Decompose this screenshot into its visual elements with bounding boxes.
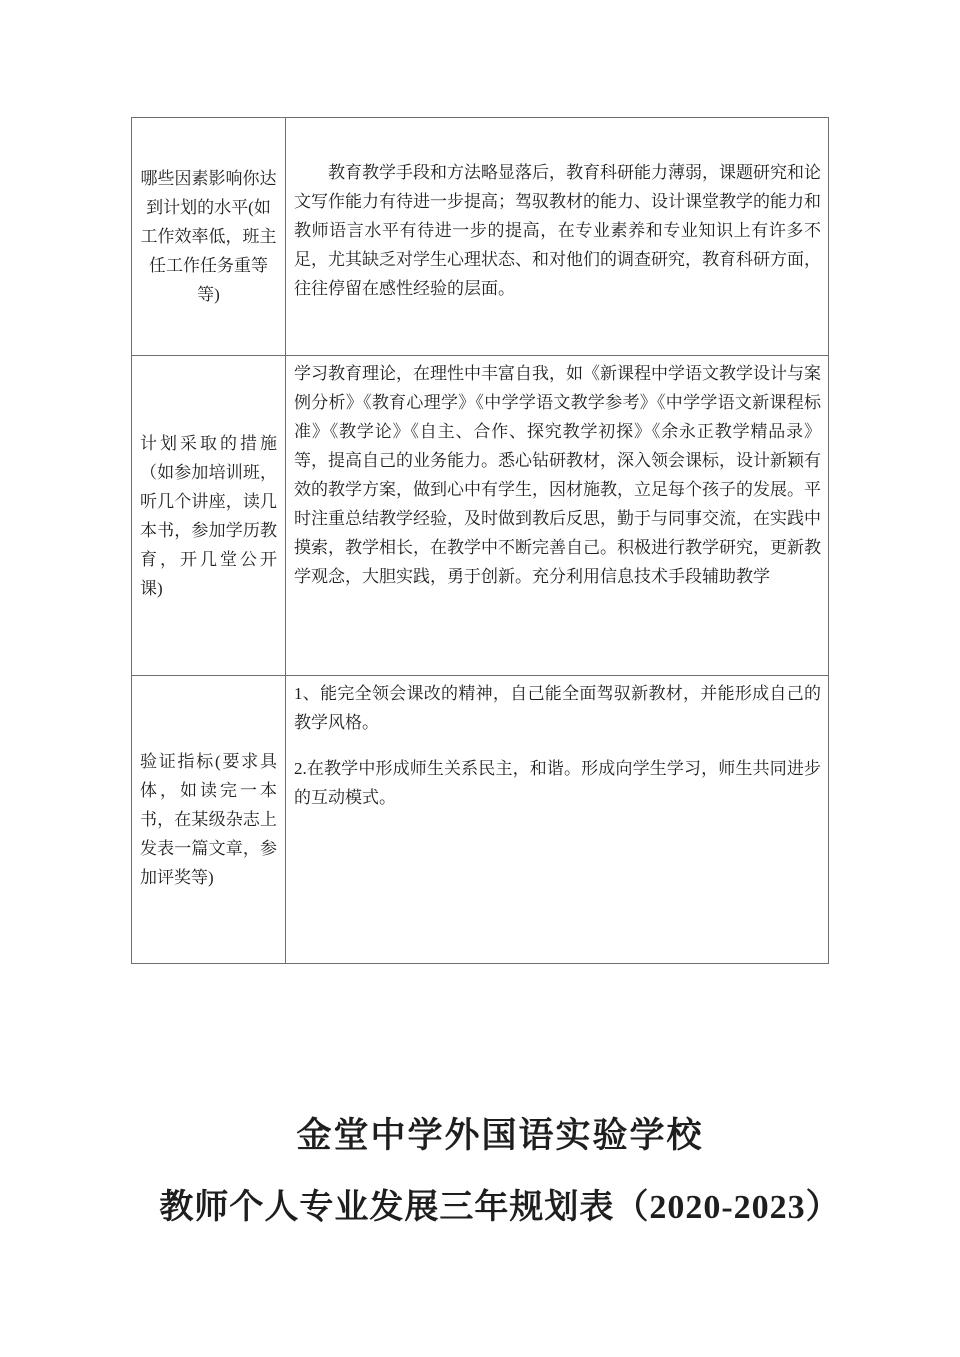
verification-indicator-item-2: 2.在教学中形成师生关系民主，和谐。形成向学生学习，师生共同进步的互动模式。 [294,754,821,812]
table-row-influencing-factors: 哪些因素影响你达到计划的水平(如工作效率低，班主任工作任务重等等) 教育教学手段… [132,118,829,356]
school-name-heading: 金堂中学外国语实验学校 [40,1113,960,1159]
influencing-factors-paragraph: 教育教学手段和方法略显落后，教育科研能力薄弱，课题研究和论文写作能力有待进一步提… [294,158,821,303]
planned-measures-content-cell: 学习教育理论，在理性中丰富自我，如《新课程中学语文教学设计与案例分析》《教育心理… [286,356,829,676]
footer-headings: 金堂中学外国语实验学校 教师个人专业发展三年规划表（2020-2023） [0,1113,960,1231]
verification-indicator-item-1: 1、能完全领会课改的精神，自己能全面驾驭新教材，并能形成自己的教学风格。 [294,679,821,737]
plan-title-heading: 教师个人专业发展三年规划表（2020-2023） [40,1185,960,1231]
verification-indicators-label: 验证指标(要求具体，如读完一本书，在某级杂志上发表一篇文章，参加评奖等) [132,676,286,964]
influencing-factors-content-cell: 教育教学手段和方法略显落后，教育科研能力薄弱，课题研究和论文写作能力有待进一步提… [286,118,829,356]
development-plan-table: 哪些因素影响你达到计划的水平(如工作效率低，班主任工作任务重等等) 教育教学手段… [131,117,829,964]
verification-indicators-content-cell: 1、能完全领会课改的精神，自己能全面驾驭新教材，并能形成自己的教学风格。 2.在… [286,676,829,964]
table-row-verification-indicators: 验证指标(要求具体，如读完一本书，在某级杂志上发表一篇文章，参加评奖等) 1、能… [132,676,829,964]
planned-measures-label: 计划采取的措施（如参加培训班，听几个讲座，读几本书，参加学历教育，开几堂公开课) [132,356,286,676]
influencing-factors-label: 哪些因素影响你达到计划的水平(如工作效率低，班主任工作任务重等等) [132,118,286,356]
document-page: 哪些因素影响你达到计划的水平(如工作效率低，班主任工作任务重等等) 教育教学手段… [0,0,960,1357]
planned-measures-paragraph: 学习教育理论，在理性中丰富自我，如《新课程中学语文教学设计与案例分析》《教育心理… [294,359,821,591]
table-row-planned-measures: 计划采取的措施（如参加培训班，听几个讲座，读几本书，参加学历教育，开几堂公开课)… [132,356,829,676]
